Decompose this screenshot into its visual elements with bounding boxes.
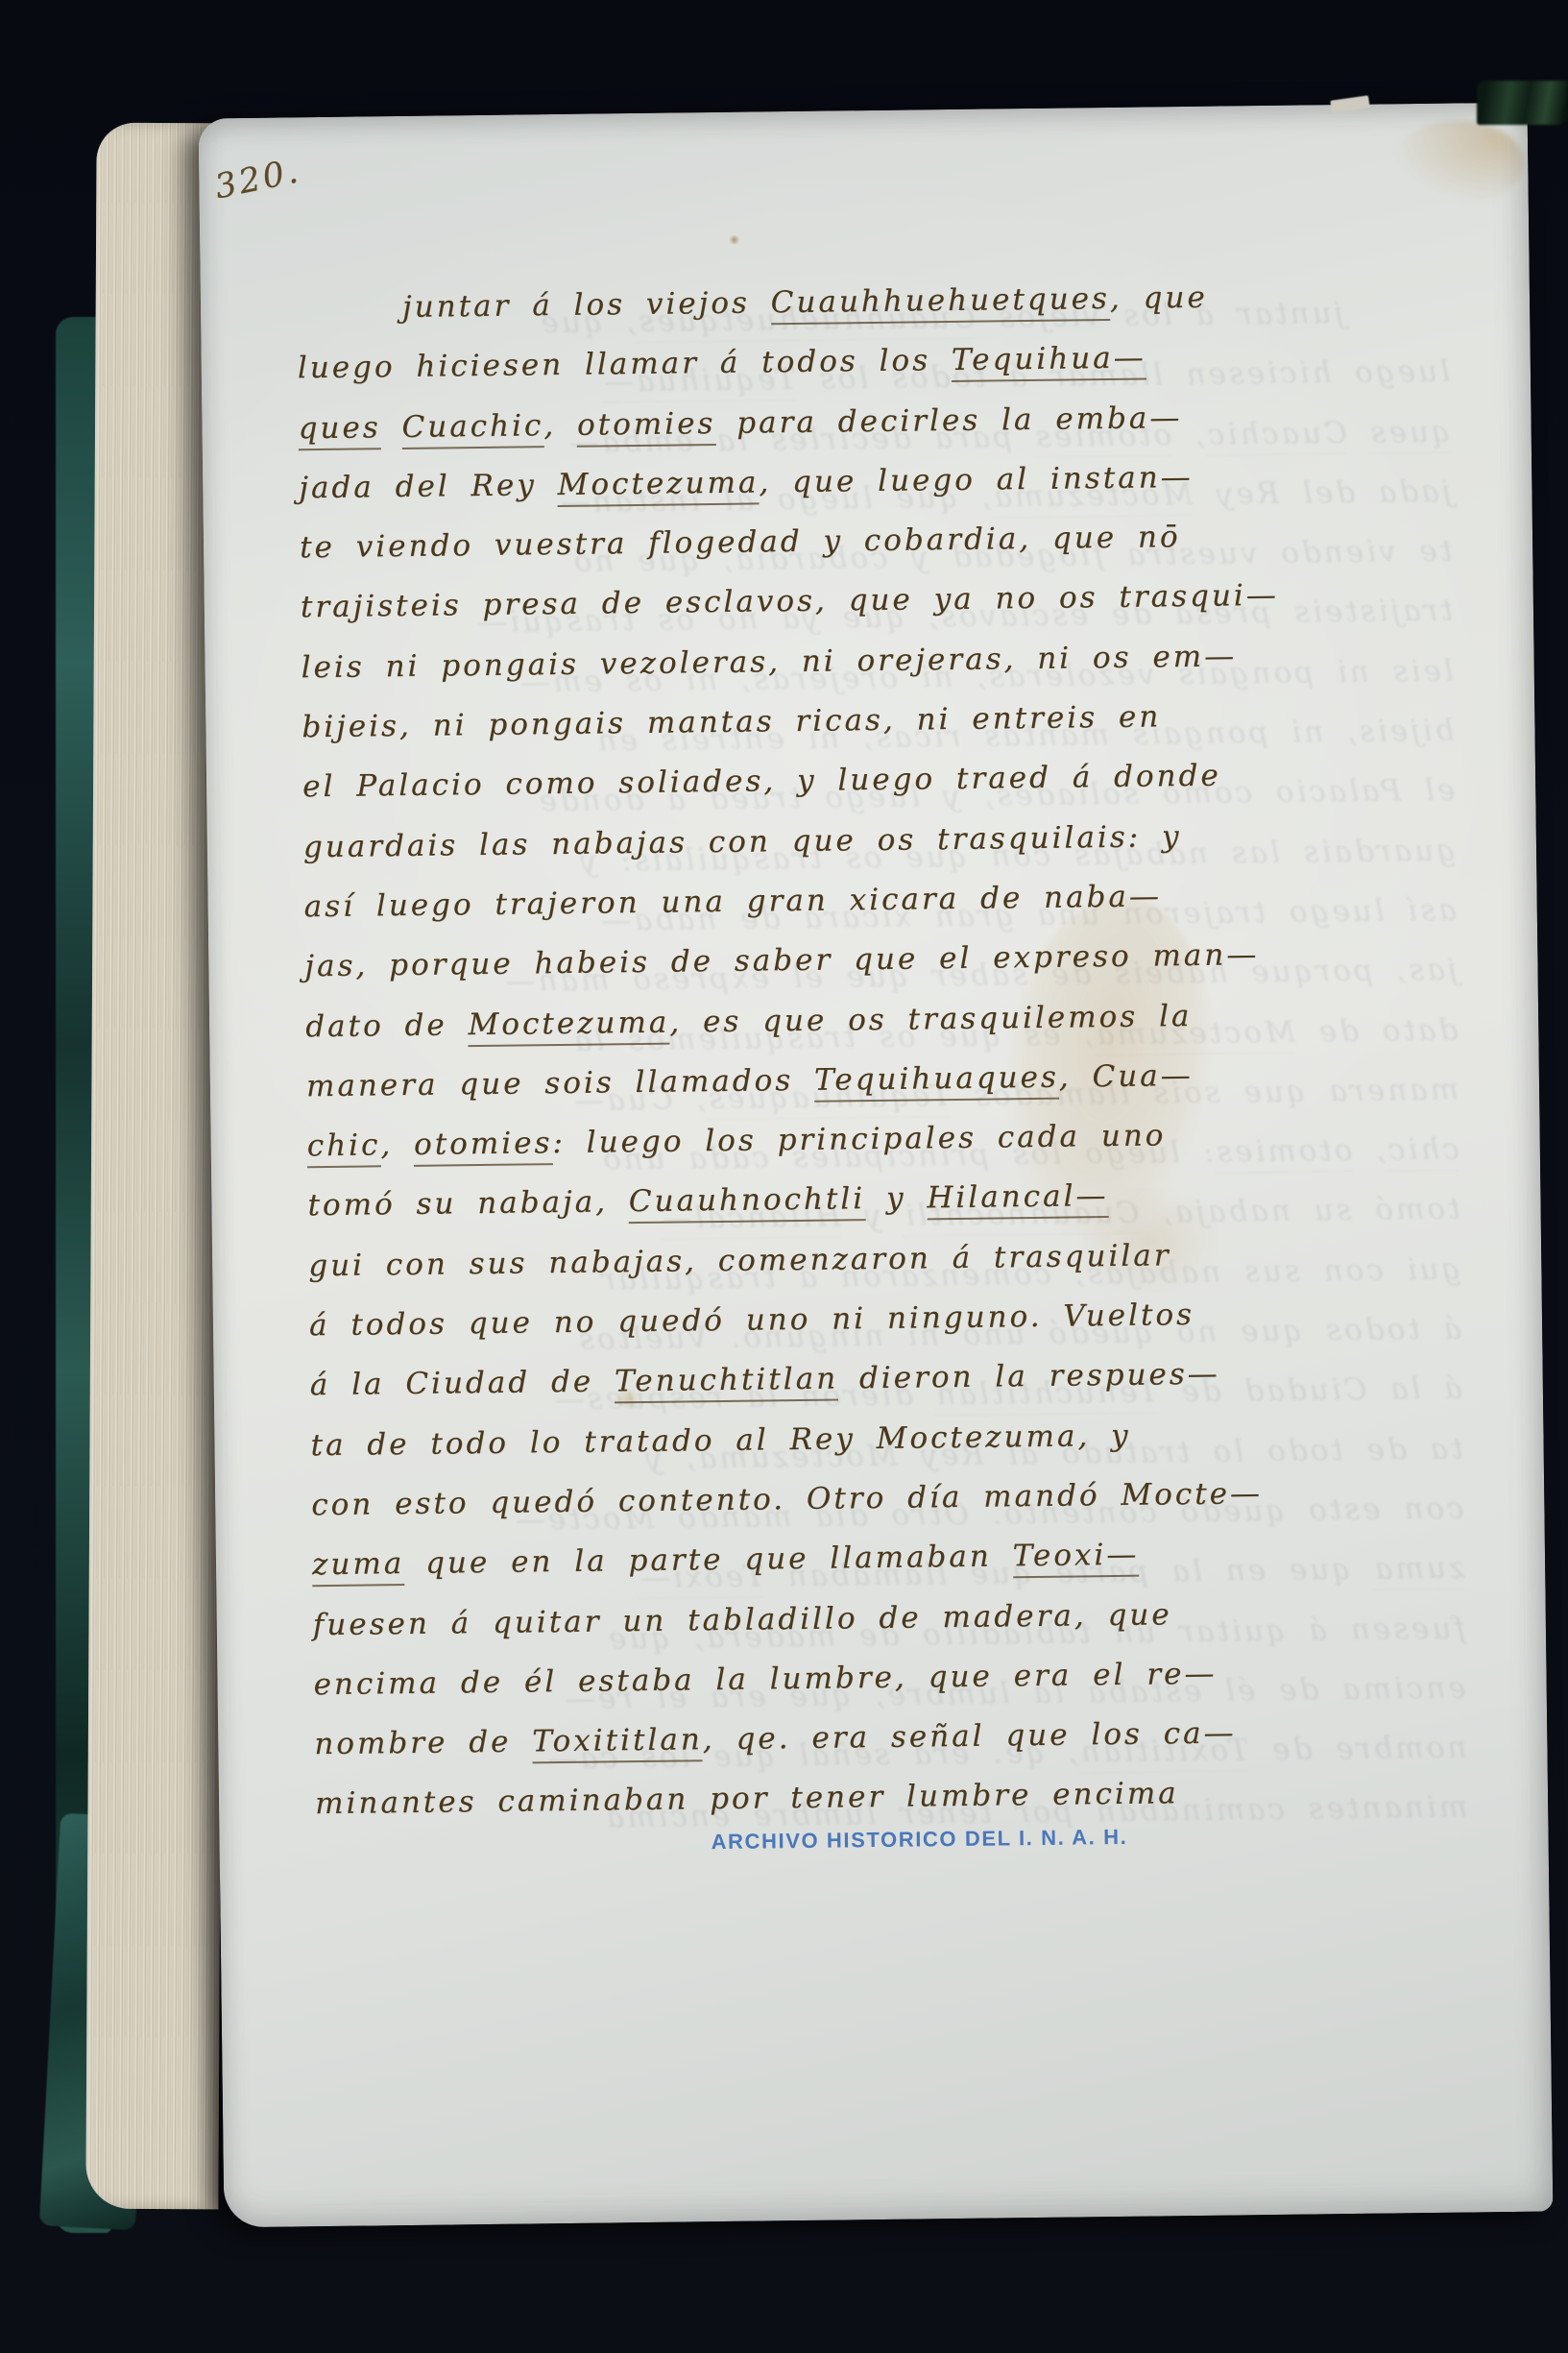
underlined-word: chic <box>306 1128 380 1168</box>
underlined-word: otomies <box>577 406 716 448</box>
manuscript-text: minantes caminaban por tener lumbre enci… <box>315 1777 1179 1822</box>
manuscript-text: , Cua— <box>1059 1058 1194 1095</box>
manuscript-text: el Palacio como soliades, y luego traed … <box>302 759 1221 805</box>
manuscript-text: leis ni pongais vezoleras, ni orejeras, … <box>301 639 1237 685</box>
foxing-stain <box>1389 120 1525 208</box>
manuscript-text: juntar á los viejos <box>402 285 771 325</box>
manuscript-text: encima de él estaba la lumbre, que era e… <box>313 1657 1217 1702</box>
underlined-word: Tequihuaques <box>814 1060 1059 1103</box>
manuscript-page: 320. juntar á los viejos Cuauhhuehuetque… <box>199 103 1554 2228</box>
underlined-word: Tequihua— <box>952 341 1146 382</box>
page-number: 320. <box>211 152 303 206</box>
manuscript-text: fuesen á quitar un tabladillo de madera,… <box>313 1597 1172 1642</box>
manuscript-text: , qe. era señal que los ca— <box>703 1716 1237 1758</box>
manuscript-text: dieron la respues— <box>838 1357 1220 1396</box>
binding-debris <box>1477 81 1568 125</box>
manuscript-text: dato de <box>305 1007 469 1044</box>
manuscript-text: , <box>380 1128 414 1162</box>
manuscript-text: , <box>543 407 577 442</box>
manuscript-text: te viendo vuestra flogedad y cobardia, q… <box>300 520 1181 565</box>
manuscript-text: nombre de <box>314 1725 532 1762</box>
underlined-word: Tenuchtitlan <box>615 1362 839 1404</box>
manuscript-text: jada del Rey <box>299 468 558 505</box>
manuscript-text: guardais las nabajas con que os trasquil… <box>303 819 1182 864</box>
manuscript-text: trajisteis presa de esclavos, que ya no … <box>301 578 1279 624</box>
manuscript-text: luego hiciesen llamar á todos los <box>298 343 952 385</box>
underlined-word: zuma <box>312 1546 405 1587</box>
manuscript-text: con esto quedó contento. Otro día mandó … <box>311 1476 1263 1522</box>
manuscript-text: que en la parte que llamaban <box>404 1540 1013 1582</box>
manuscript-text: , que <box>1110 280 1208 316</box>
manuscript-text: , es que os trasquilemos la <box>669 999 1193 1040</box>
underlined-word: Moctezuma <box>468 1005 669 1047</box>
manuscript-text: para decirles la emba— <box>715 400 1182 441</box>
underlined-word: otomies <box>414 1126 553 1167</box>
manuscript-text: y <box>865 1181 928 1217</box>
manuscript-text: manera que sois llamados <box>306 1063 814 1104</box>
underlined-word: ques <box>298 410 381 450</box>
manuscript-text-block: juntar á los viejos Cuauhhuehuetques, qu… <box>297 265 1459 1834</box>
foxing-stain <box>729 235 739 245</box>
underlined-word: Cuauhhuehuetques <box>770 281 1110 325</box>
underlined-word: Hilancal— <box>927 1178 1109 1220</box>
manuscript-text: bijeis, ni pongais mantas ricas, ni entr… <box>302 699 1161 744</box>
underlined-word: Cuachic <box>401 408 543 449</box>
manuscript-text: á todos que no quedó uno ni ninguno. Vue… <box>309 1298 1194 1343</box>
manuscript-text: : luego los principales cada uno <box>552 1118 1166 1160</box>
manuscript-text <box>380 410 401 445</box>
manuscript-text: ta de todo lo tratado al Rey Moctezuma, … <box>310 1418 1130 1462</box>
underlined-word: Cuauhnochtli <box>629 1182 866 1225</box>
underlined-word: Moctezuma <box>557 465 759 507</box>
underlined-word: Toxititlan <box>532 1722 703 1763</box>
manuscript-text: así luego trajeron una gran xicara de na… <box>303 879 1162 924</box>
photo-background: 320. juntar á los viejos Cuauhhuehuetque… <box>0 0 1568 2353</box>
manuscript-text: tomó su nabaja, <box>307 1185 629 1224</box>
manuscript-text: gui con sus nabajas, comenzaron á trasqu… <box>308 1238 1171 1283</box>
manuscript-text: á la Ciudad de <box>310 1365 615 1403</box>
manuscript-text: , que luego al instan— <box>759 460 1194 500</box>
underlined-word: Teoxi— <box>1012 1538 1139 1579</box>
archive-stamp: ARCHIVO HISTORICO DEL I. N. A. H. <box>711 1825 1127 1855</box>
manuscript-text: jas, porque habeis de saber que el expre… <box>304 937 1259 983</box>
